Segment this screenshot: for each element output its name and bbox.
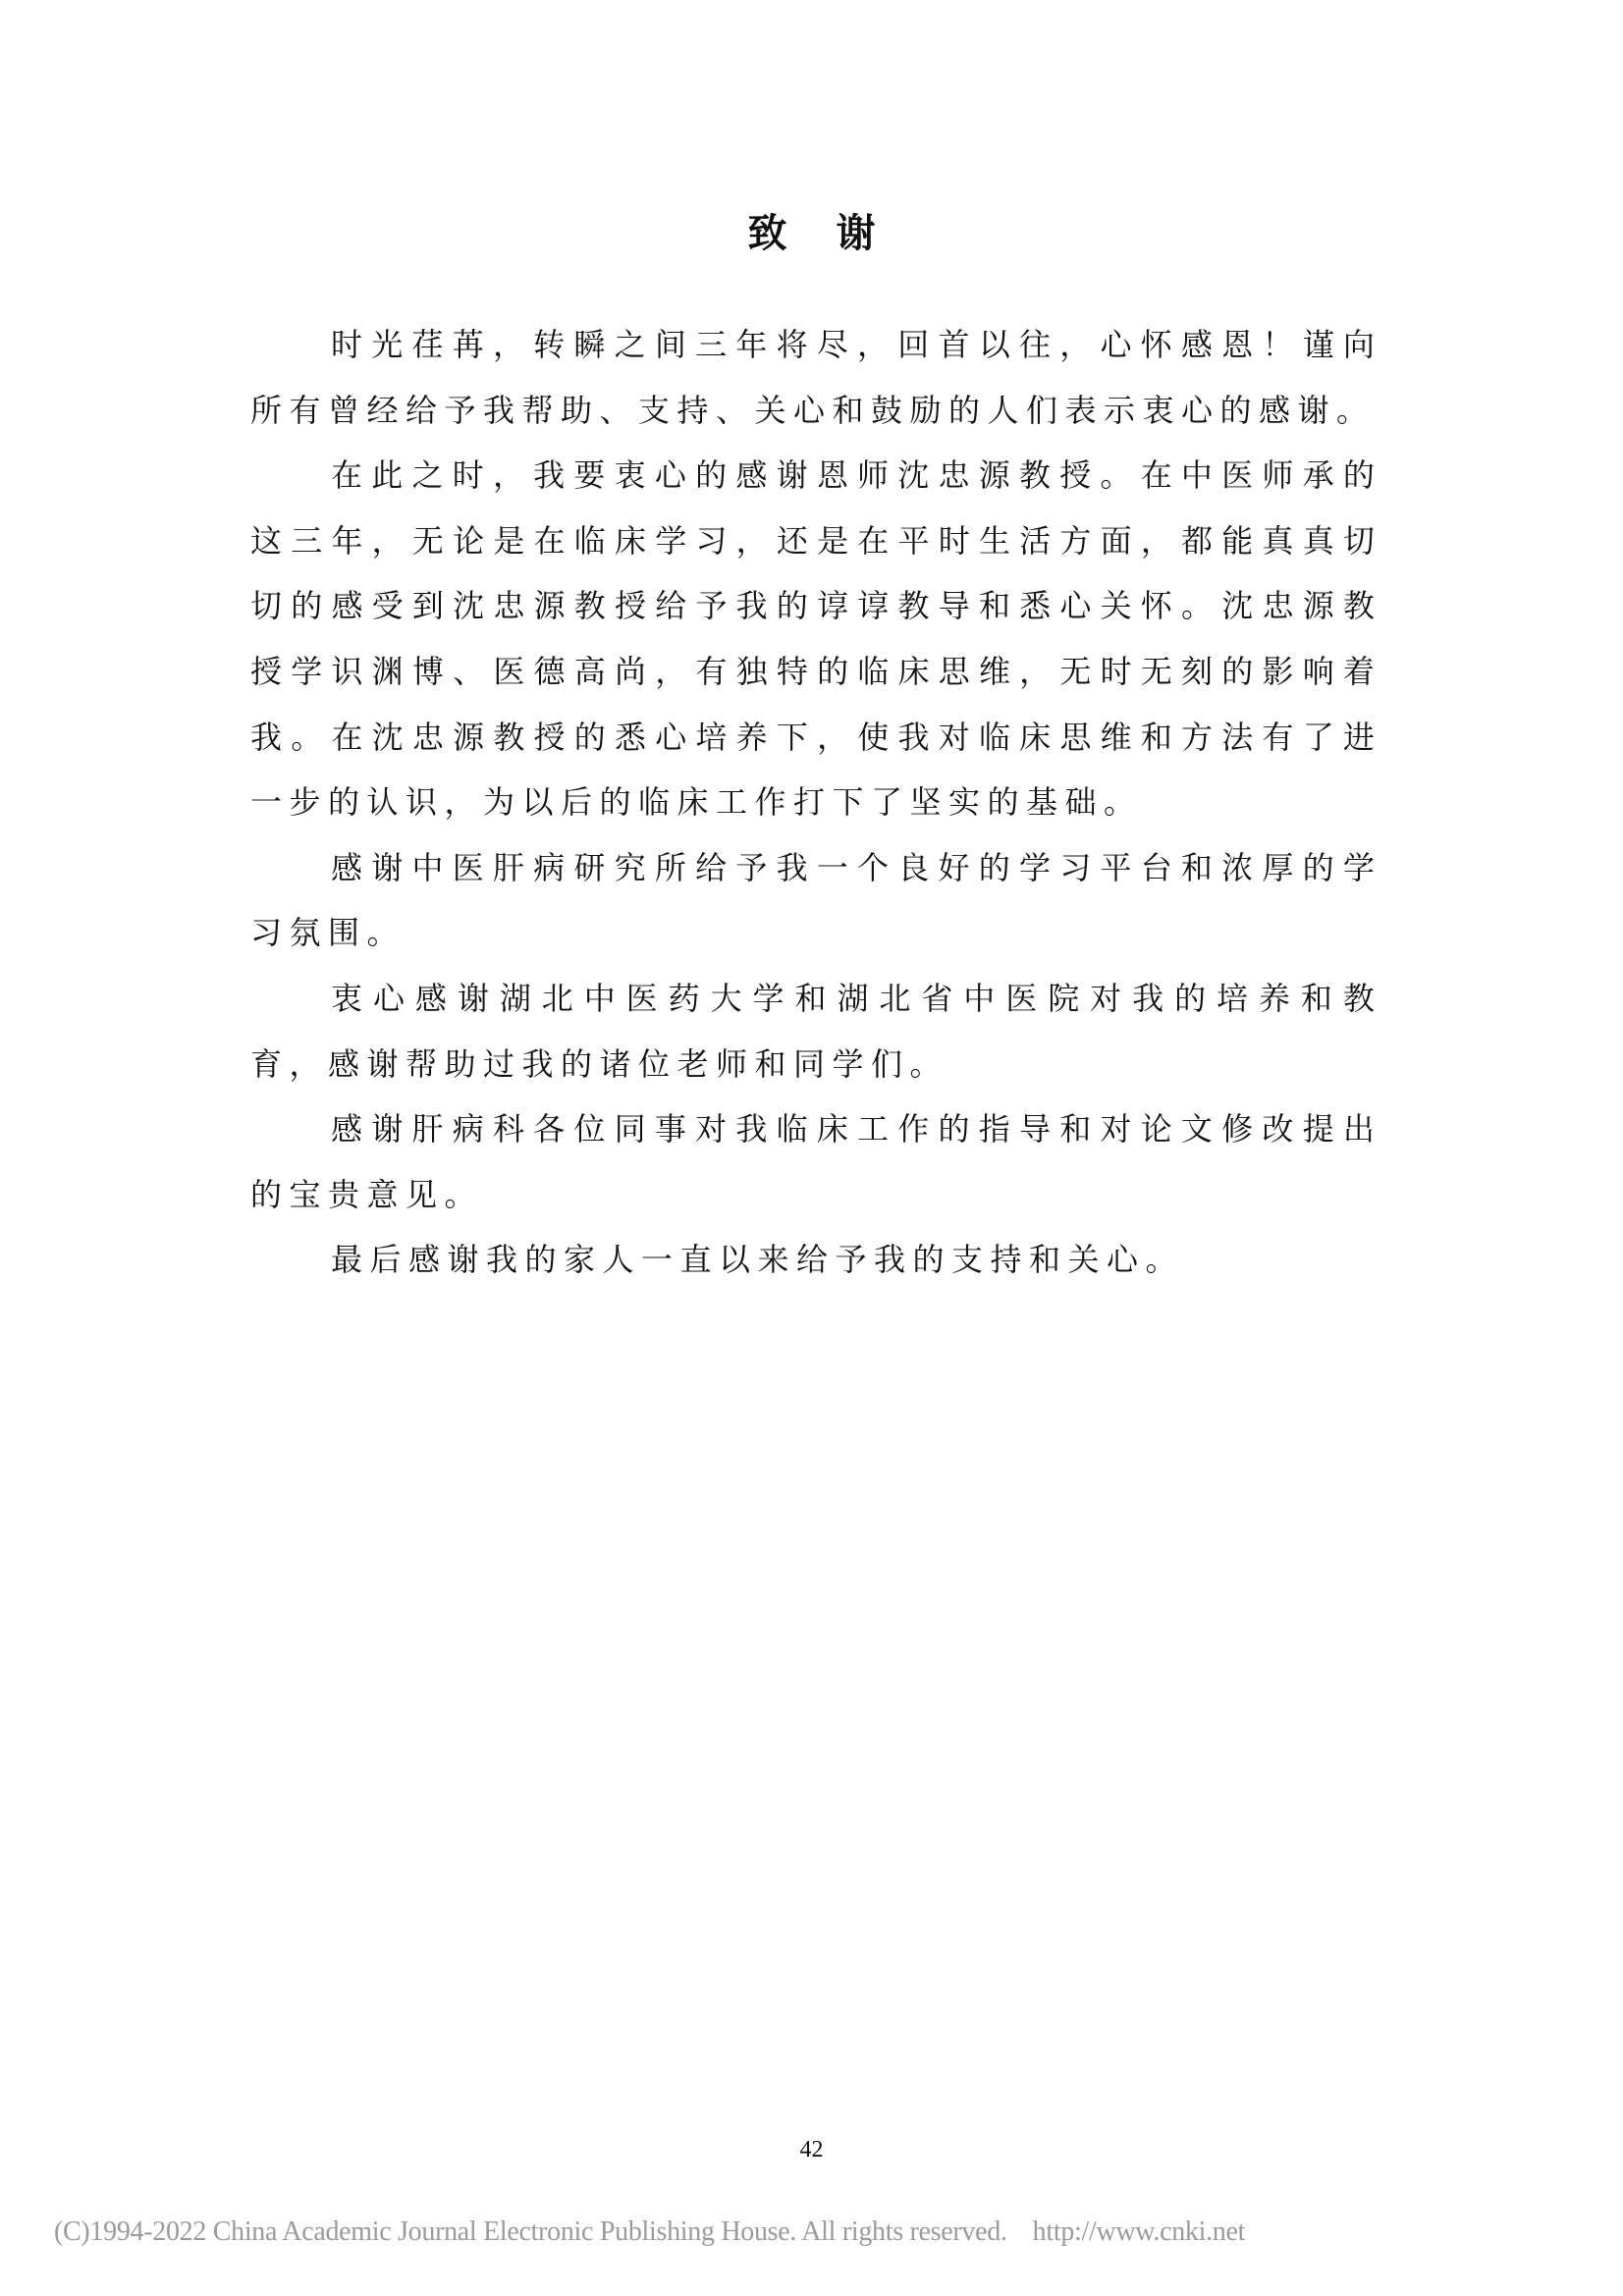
document-page: 致谢 时光荏苒，转瞬之间三年将尽，回首以往，心怀感恩！谨向 所有曾经给予我帮助、… xyxy=(0,0,1623,2296)
text-char: 在 xyxy=(534,519,566,585)
text-char: 学 xyxy=(655,519,686,585)
text-char: 和 xyxy=(1059,1107,1091,1173)
text-char: 忠 xyxy=(412,716,444,781)
text-char: 的 xyxy=(979,846,1010,912)
text-line: 感谢中医肝病研究所给予我一个良好的学习平台和浓厚的学 xyxy=(250,846,1375,912)
page-title: 致谢 xyxy=(0,210,1623,257)
text-char: 怀 xyxy=(1141,584,1172,650)
text-char: 事 xyxy=(655,1107,686,1173)
text-char: 谢 xyxy=(371,1107,403,1173)
text-char: 对 xyxy=(1090,977,1121,1042)
text-char: 尽 xyxy=(817,323,848,389)
text-char: 临 xyxy=(857,650,889,716)
text-char: 习 xyxy=(1059,846,1091,912)
text-char: 面 xyxy=(1101,519,1132,585)
text-char: 三 xyxy=(291,519,322,585)
text-char: 的 xyxy=(695,454,727,519)
text-char: 忠 xyxy=(493,584,524,650)
text-line: 一步的认识，为以后的临床工作打下了坚实的基础。 xyxy=(250,780,1375,846)
text-char: 教 xyxy=(1343,584,1375,650)
text-char: 教 xyxy=(1019,454,1051,519)
text-char: 还 xyxy=(777,519,808,585)
text-char: 谆 xyxy=(817,584,848,650)
text-char: 和 xyxy=(1301,977,1332,1042)
text-char: 。 xyxy=(1100,454,1131,519)
text-char: 识 xyxy=(331,650,362,716)
text-char: 医 xyxy=(1221,454,1253,519)
text-char: 导 xyxy=(1019,1107,1051,1173)
text-char: 谢 xyxy=(777,454,808,519)
text-char: 教 xyxy=(574,584,606,650)
text-char: 衷 xyxy=(615,454,646,519)
text-char: ， xyxy=(817,716,848,781)
text-char: 的 xyxy=(939,1107,970,1173)
text-char: 医 xyxy=(453,846,484,912)
text-char: 谨 xyxy=(1303,323,1334,389)
text-char: 医 xyxy=(493,650,524,716)
text-char: 法 xyxy=(1221,716,1253,781)
text-char: 湖 xyxy=(837,977,868,1042)
text-char: 对 xyxy=(695,1107,727,1173)
text-char: 承 xyxy=(1303,454,1334,519)
text-char: 临 xyxy=(574,519,606,585)
text-char: 我 xyxy=(1132,977,1163,1042)
text-char: 和 xyxy=(1181,846,1213,912)
text-char: 时 xyxy=(1101,650,1132,716)
text-char: 浓 xyxy=(1221,846,1253,912)
text-char: 教 xyxy=(898,584,930,650)
text-char: 方 xyxy=(1059,519,1091,585)
text-char: 我 xyxy=(777,846,808,912)
text-char: 予 xyxy=(735,846,767,912)
text-char: 着 xyxy=(1343,650,1375,716)
text-char: 我 xyxy=(735,1107,767,1173)
text-char: 的 xyxy=(1174,977,1206,1042)
text-char: 床 xyxy=(1019,716,1051,781)
text-char: 使 xyxy=(857,716,889,781)
text-char: 床 xyxy=(898,650,930,716)
text-char: 教 xyxy=(1343,977,1375,1042)
text-char: 这 xyxy=(250,519,282,585)
text-char: 悉 xyxy=(1019,584,1051,650)
text-char: 在 xyxy=(857,519,889,585)
text-char: ！ xyxy=(1262,323,1293,389)
text-char: 北 xyxy=(879,977,910,1042)
text-char: 的 xyxy=(574,716,606,781)
text-char: 要 xyxy=(573,454,605,519)
text-char: 肝 xyxy=(493,846,524,912)
text-char: 心 xyxy=(655,454,686,519)
text-char: 年 xyxy=(735,323,767,389)
text-char: 荏 xyxy=(411,323,443,389)
text-line: 所有曾经给予我帮助、支持、关心和鼓励的人们表示衷心的感谢。 xyxy=(250,389,1375,454)
text-char: 感 xyxy=(415,977,447,1042)
text-char: 源 xyxy=(453,716,484,781)
text-line: 的宝贵意见。 xyxy=(250,1173,1375,1239)
text-char: 感 xyxy=(331,846,362,912)
text-char: 关 xyxy=(1101,584,1132,650)
text-char: 恩 xyxy=(817,454,848,519)
text-char: 床 xyxy=(615,519,646,585)
text-char: 忠 xyxy=(939,454,970,519)
text-char: 学 xyxy=(753,977,784,1042)
text-char: ， xyxy=(857,323,889,389)
text-char: 究 xyxy=(615,846,646,912)
text-char: 无 xyxy=(1059,650,1091,716)
text-char: 之 xyxy=(411,454,443,519)
text-char: 修 xyxy=(1221,1107,1253,1173)
text-char: 下 xyxy=(777,716,808,781)
text-char: 学 xyxy=(1019,846,1051,912)
text-line: 感谢肝病科各位同事对我临床工作的指导和对论文修改提出 xyxy=(250,1107,1375,1173)
text-char: 位 xyxy=(573,1107,605,1173)
text-char: 受 xyxy=(372,584,404,650)
text-char: 感 xyxy=(331,1107,362,1173)
text-char: 临 xyxy=(979,716,1010,781)
text-char: 有 xyxy=(1262,716,1293,781)
text-char: 光 xyxy=(371,323,403,389)
cnki-url: http://www.cnki.net xyxy=(1033,2216,1245,2247)
text-char: 大 xyxy=(711,977,742,1042)
text-char: 良 xyxy=(897,846,929,912)
text-char: 首 xyxy=(939,323,970,389)
text-char: 湖 xyxy=(500,977,531,1042)
text-char: 个 xyxy=(857,846,889,912)
text-char: 感 xyxy=(1181,323,1213,389)
text-char: 切 xyxy=(250,584,282,650)
text-char: 将 xyxy=(777,323,808,389)
text-char: 的 xyxy=(777,584,808,650)
text-char: 源 xyxy=(979,454,1010,519)
text-char: 悉 xyxy=(615,716,646,781)
text-char: 活 xyxy=(1019,519,1051,585)
text-char: 学 xyxy=(1343,846,1375,912)
copyright-footer: (C)1994-2022 China Academic Journal Elec… xyxy=(54,2216,1321,2248)
text-char: 提 xyxy=(1303,1107,1334,1173)
text-char: 省 xyxy=(921,977,952,1042)
text-char: 和 xyxy=(1141,716,1172,781)
text-char: 培 xyxy=(695,716,727,781)
text-char: 向 xyxy=(1343,323,1375,389)
text-char: 各 xyxy=(533,1107,565,1173)
text-char: 刻 xyxy=(1181,650,1213,716)
text-char: 回 xyxy=(897,323,929,389)
text-char: 中 xyxy=(1181,454,1213,519)
text-char: 工 xyxy=(857,1107,889,1173)
text-char: 的 xyxy=(1221,650,1253,716)
text-char: 年 xyxy=(331,519,362,585)
text-char: 对 xyxy=(939,716,970,781)
text-char: 养 xyxy=(736,716,768,781)
text-char: 谢 xyxy=(458,977,489,1042)
text-char: 我 xyxy=(898,716,930,781)
text-char: 好 xyxy=(939,846,970,912)
text-char: 所 xyxy=(655,846,686,912)
text-char: 切 xyxy=(1343,519,1375,585)
text-char: ， xyxy=(1019,650,1051,716)
text-char: 是 xyxy=(817,519,848,585)
text-char: 平 xyxy=(898,519,930,585)
text-char: 真 xyxy=(1303,519,1334,585)
text-char: 思 xyxy=(1059,716,1091,781)
text-char: ， xyxy=(655,650,686,716)
text-char: 予 xyxy=(695,584,727,650)
text-char: 间 xyxy=(655,323,686,389)
text-char: 病 xyxy=(533,846,565,912)
text-char: 论 xyxy=(1141,1107,1172,1173)
text-char: 无 xyxy=(412,519,444,585)
text-char: 此 xyxy=(371,454,403,519)
text-char: 对 xyxy=(1100,1107,1131,1173)
paragraph-3: 感谢中医肝病研究所给予我一个良好的学习平台和浓厚的学 习氛围。 xyxy=(250,846,1375,977)
text-char: 衷 xyxy=(331,977,362,1042)
text-char: 病 xyxy=(453,1107,484,1173)
text-line: 授学识渊博、医德高尚，有独特的临床思维，无时无刻的影响着 xyxy=(250,650,1375,716)
text-char: 的 xyxy=(817,650,848,716)
text-char: 改 xyxy=(1262,1107,1293,1173)
text-line: 育，感谢帮助过我的诸位老师和同学们。 xyxy=(250,1042,1375,1108)
text-char: 渊 xyxy=(372,650,404,716)
text-char: 时 xyxy=(939,519,970,585)
text-char: 导 xyxy=(939,584,970,650)
text-char: 医 xyxy=(626,977,658,1042)
text-char: 论 xyxy=(453,519,484,585)
text-char: 德 xyxy=(534,650,566,716)
text-char: 维 xyxy=(979,650,1010,716)
text-char: 授 xyxy=(615,584,646,650)
text-char: 进 xyxy=(1343,716,1375,781)
text-char: 中 xyxy=(963,977,995,1042)
text-char: 出 xyxy=(1343,1107,1375,1173)
text-char: 转 xyxy=(533,323,565,389)
paragraph-2: 在此之时，我要衷心的感谢恩师沈忠源教授。在中医师承的 这三年，无论是在临床学习，… xyxy=(250,454,1375,846)
text-char: 尚 xyxy=(615,650,646,716)
text-char: 恩 xyxy=(1221,323,1253,389)
text-char: ， xyxy=(493,323,524,389)
acknowledgement-body: 时光荏苒，转瞬之间三年将尽，回首以往，心怀感恩！谨向 所有曾经给予我帮助、支持、… xyxy=(250,323,1375,1304)
text-char: 和 xyxy=(794,977,826,1042)
text-char: 。 xyxy=(291,716,322,781)
text-char: 博 xyxy=(412,650,444,716)
text-char: 的 xyxy=(1343,454,1375,519)
text-char: 影 xyxy=(1262,650,1293,716)
copyright-text: (C)1994-2022 China Academic Journal Elec… xyxy=(54,2216,1007,2247)
text-char: 感 xyxy=(735,454,767,519)
text-char: 授 xyxy=(534,716,566,781)
text-char: 往 xyxy=(1019,323,1051,389)
text-char: 沈 xyxy=(372,716,404,781)
text-char: 在 xyxy=(1141,454,1172,519)
text-char: 的 xyxy=(291,584,322,650)
text-char: 文 xyxy=(1181,1107,1213,1173)
text-char: 授 xyxy=(1059,454,1091,519)
text-char: 心 xyxy=(1100,323,1131,389)
text-char: 我 xyxy=(736,584,768,650)
text-char: 特 xyxy=(777,650,808,716)
text-char: 心 xyxy=(1059,584,1091,650)
text-char: 师 xyxy=(857,454,889,519)
text-char: 以 xyxy=(979,323,1010,389)
text-char: 一 xyxy=(817,846,848,912)
text-char: 床 xyxy=(817,1107,848,1173)
text-char: 了 xyxy=(1303,716,1334,781)
text-char: ， xyxy=(493,454,524,519)
title-char-1: 致 xyxy=(746,210,789,257)
text-char: ， xyxy=(372,519,404,585)
text-line: 最后感谢我的家人一直以来给予我的支持和关心。 xyxy=(250,1238,1375,1304)
text-char: 谆 xyxy=(857,584,889,650)
text-line: 衷心感谢湖北中医药大学和湖北省中医院对我的培养和教 xyxy=(250,977,1375,1042)
text-char: 。 xyxy=(1181,584,1213,650)
text-char: 和 xyxy=(979,584,1010,650)
text-char: 厚 xyxy=(1262,846,1293,912)
text-char: 养 xyxy=(1259,977,1290,1042)
text-char: 有 xyxy=(695,650,727,716)
text-char: 心 xyxy=(655,716,686,781)
text-char: 台 xyxy=(1141,846,1172,912)
paragraph-4: 衷心感谢湖北中医药大学和湖北省中医院对我的培养和教 育，感谢帮助过我的诸位老师和… xyxy=(250,977,1375,1107)
text-char: 习 xyxy=(695,519,727,585)
text-char: 谢 xyxy=(371,846,403,912)
text-char: 高 xyxy=(574,650,606,716)
text-line: 切的感受到沈忠源教授给予我的谆谆教导和悉心关怀。沈忠源教 xyxy=(250,584,1375,650)
text-char: 沈 xyxy=(453,584,484,650)
text-line: 时光荏苒，转瞬之间三年将尽，回首以往，心怀感恩！谨向 xyxy=(250,323,1375,389)
paragraph-5: 感谢肝病科各位同事对我临床工作的指导和对论文修改提出 的宝贵意见。 xyxy=(250,1107,1375,1238)
text-char: ， xyxy=(1059,323,1091,389)
text-char: 心 xyxy=(373,977,405,1042)
text-char: 作 xyxy=(897,1107,929,1173)
text-char: 学 xyxy=(291,650,322,716)
paragraph-1: 时光荏苒，转瞬之间三年将尽，回首以往，心怀感恩！谨向 所有曾经给予我帮助、支持、… xyxy=(250,323,1375,454)
text-char: 我 xyxy=(250,716,282,781)
text-char: 给 xyxy=(655,584,686,650)
text-char: 科 xyxy=(493,1107,524,1173)
text-char: 都 xyxy=(1181,519,1213,585)
text-char: 的 xyxy=(1303,846,1334,912)
text-char: 怀 xyxy=(1141,323,1172,389)
text-char: 时 xyxy=(331,323,362,389)
text-char: 中 xyxy=(584,977,616,1042)
text-char: 方 xyxy=(1181,716,1213,781)
text-char: 同 xyxy=(615,1107,646,1173)
text-char: 肝 xyxy=(411,1107,443,1173)
text-char: 授 xyxy=(250,650,282,716)
text-char: 三 xyxy=(695,323,727,389)
text-char: 培 xyxy=(1217,977,1248,1042)
text-char: 源 xyxy=(534,584,566,650)
text-char: 中 xyxy=(411,846,443,912)
text-char: 维 xyxy=(1101,716,1132,781)
text-char: 指 xyxy=(979,1107,1010,1173)
text-char: 平 xyxy=(1100,846,1131,912)
text-char: 沈 xyxy=(1221,584,1253,650)
text-char: 教 xyxy=(493,716,524,781)
text-char: 时 xyxy=(453,454,484,519)
text-line: 这三年，无论是在临床学习，还是在平时生活方面，都能真真切 xyxy=(250,519,1375,585)
text-char: 独 xyxy=(736,650,768,716)
text-char: 无 xyxy=(1141,650,1172,716)
text-char: 、 xyxy=(453,650,484,716)
title-char-2: 谢 xyxy=(835,210,878,257)
text-char: 能 xyxy=(1221,519,1253,585)
text-char: 感 xyxy=(331,584,362,650)
text-char: 医 xyxy=(1005,977,1037,1042)
text-char: 北 xyxy=(542,977,573,1042)
text-line: 我。在沈忠源教授的悉心培养下，使我对临床思维和方法有了进 xyxy=(250,716,1375,781)
text-char: 院 xyxy=(1048,977,1079,1042)
text-char: 思 xyxy=(939,650,970,716)
text-line: 在此之时，我要衷心的感谢恩师沈忠源教授。在中医师承的 xyxy=(250,454,1375,519)
text-char: 是 xyxy=(493,519,524,585)
text-char: 忠 xyxy=(1262,584,1293,650)
text-char: 真 xyxy=(1262,519,1293,585)
text-char: 药 xyxy=(669,977,700,1042)
text-char: 我 xyxy=(533,454,565,519)
text-char: 临 xyxy=(777,1107,808,1173)
page-number: 42 xyxy=(0,2136,1623,2163)
text-char: 瞬 xyxy=(573,323,605,389)
text-char: 沈 xyxy=(897,454,929,519)
text-char: 到 xyxy=(412,584,444,650)
text-char: ， xyxy=(1141,519,1172,585)
text-char: 给 xyxy=(695,846,727,912)
text-char: 在 xyxy=(331,716,362,781)
text-char: 响 xyxy=(1303,650,1334,716)
paragraph-6: 最后感谢我的家人一直以来给予我的支持和关心。 xyxy=(250,1238,1375,1304)
text-char: 苒 xyxy=(453,323,484,389)
text-char: 研 xyxy=(573,846,605,912)
text-char: 源 xyxy=(1303,584,1334,650)
text-char: 师 xyxy=(1262,454,1293,519)
text-char: 在 xyxy=(331,454,362,519)
text-char: ， xyxy=(736,519,768,585)
text-char: 生 xyxy=(979,519,1010,585)
text-line: 习氛围。 xyxy=(250,911,1375,977)
text-char: 之 xyxy=(615,323,646,389)
